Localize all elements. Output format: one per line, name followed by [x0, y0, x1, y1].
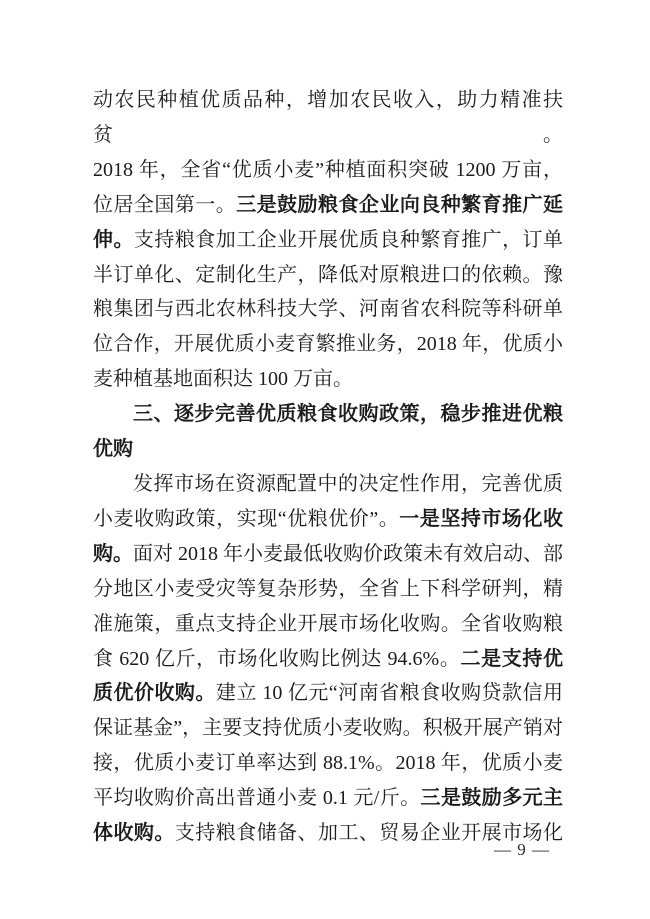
- document-text: 动农民种植优质品种，增加农民收入，助力精准扶贫。2018 年，全省“优质小麦”种…: [93, 83, 563, 851]
- text-line: 粮集团与西北农林科技大学、河南省农科院等科研单: [93, 292, 563, 327]
- text-segment-bold: 体收购。: [93, 822, 175, 844]
- text-segment: 准施策，重点支持企业开展市场化收购。全省收购粮: [93, 613, 563, 635]
- text-line: 位合作，开展优质小麦育繁推业务，2018 年，优质小: [93, 327, 563, 362]
- text-segment-bold: 二是支持优: [460, 648, 563, 670]
- text-segment: 接，优质小麦订单率达到 88.1%。2018 年，优质小麦: [93, 752, 563, 774]
- text-segment: 麦种植基地面积达 100 万亩。: [93, 368, 353, 390]
- text-segment-bold: 优购: [93, 438, 133, 460]
- text-segment-bold: 一是坚持市场化收: [399, 508, 563, 530]
- document-page: 动农民种植优质品种，增加农民收入，助力精准扶贫。2018 年，全省“优质小麦”种…: [0, 0, 650, 919]
- text-line: 伸。支持粮食加工企业开展优质良种繁育推广，订单: [93, 223, 563, 258]
- text-line: 平均收购价高出普通小麦 0.1 元/斤。三是鼓励多元主: [93, 781, 563, 816]
- text-line: 麦种植基地面积达 100 万亩。: [93, 362, 563, 397]
- text-segment: 食 620 亿斤，市场化收购比例达 94.6%。: [93, 648, 460, 670]
- text-segment: 支持粮食加工企业开展优质良种繁育推广，订单: [134, 229, 563, 251]
- text-segment: 位合作，开展优质小麦育繁推业务，2018 年，优质小: [93, 333, 563, 355]
- text-segment: 粮集团与西北农林科技大学、河南省农科院等科研单: [93, 298, 563, 320]
- text-segment-bold: 伸。: [93, 229, 134, 251]
- text-segment: 平均收购价高出普通小麦 0.1 元/斤。: [93, 787, 421, 809]
- text-line: 准施策，重点支持企业开展市场化收购。全省收购粮: [93, 607, 563, 642]
- text-segment-bold: 购。: [93, 543, 133, 565]
- text-segment: 位居全国第一。: [93, 194, 236, 216]
- text-segment: 半订单化、定制化生产，降低对原粮进口的依赖。豫: [93, 264, 563, 286]
- text-line: 分地区小麦受灾等复杂形势，全省上下科学研判，精: [93, 572, 563, 607]
- text-segment-bold: 三是鼓励多元主: [421, 787, 563, 809]
- text-segment: 建立 10 亿元“河南省粮食收购贷款信用: [216, 682, 563, 704]
- text-line: 动农民种植优质品种，增加农民收入，助力精准扶贫。: [93, 83, 563, 153]
- text-segment-bold: 三、逐步完善优质粮食收购政策，稳步推进优粮: [133, 403, 563, 425]
- text-line: 食 620 亿斤，市场化收购比例达 94.6%。二是支持优: [93, 642, 563, 677]
- text-line: 位居全国第一。三是鼓励粮食企业向良种繁育推广延: [93, 188, 563, 223]
- text-segment-bold: 三是鼓励粮食企业向良种繁育推广延: [236, 194, 563, 216]
- text-line: 接，优质小麦订单率达到 88.1%。2018 年，优质小麦: [93, 746, 563, 781]
- text-line: 质优价收购。建立 10 亿元“河南省粮食收购贷款信用: [93, 676, 563, 711]
- text-segment: 2018 年，全省“优质小麦”种植面积突破 1200 万亩，: [93, 159, 563, 181]
- text-line: 保证基金”，主要支持优质小麦收购。积极开展产销对: [93, 711, 563, 746]
- text-line: 2018 年，全省“优质小麦”种植面积突破 1200 万亩，: [93, 153, 563, 188]
- text-segment: 动农民种植优质品种，增加农民收入，助力精准扶贫。: [93, 89, 563, 146]
- text-segment-bold: 质优价收购。: [93, 682, 216, 704]
- text-segment: 小麦收购政策，实现“优粮优价”。: [93, 508, 399, 530]
- text-segment: 分地区小麦受灾等复杂形势，全省上下科学研判，精: [93, 578, 563, 600]
- text-line: 发挥市场在资源配置中的决定性作用，完善优质: [93, 467, 563, 502]
- text-segment: 面对 2018 年小麦最低收购价政策未有效启动、部: [133, 543, 563, 565]
- text-line: 半订单化、定制化生产，降低对原粮进口的依赖。豫: [93, 258, 563, 293]
- text-line: 三、逐步完善优质粮食收购政策，稳步推进优粮: [93, 397, 563, 432]
- text-segment: 保证基金”，主要支持优质小麦收购。积极开展产销对: [93, 717, 563, 739]
- text-line: 购。面对 2018 年小麦最低收购价政策未有效启动、部: [93, 537, 563, 572]
- text-line: 优购: [93, 432, 563, 467]
- page-number: — 9 —: [467, 840, 577, 860]
- text-line: 小麦收购政策，实现“优粮优价”。一是坚持市场化收: [93, 502, 563, 537]
- text-segment: 发挥市场在资源配置中的决定性作用，完善优质: [133, 473, 563, 495]
